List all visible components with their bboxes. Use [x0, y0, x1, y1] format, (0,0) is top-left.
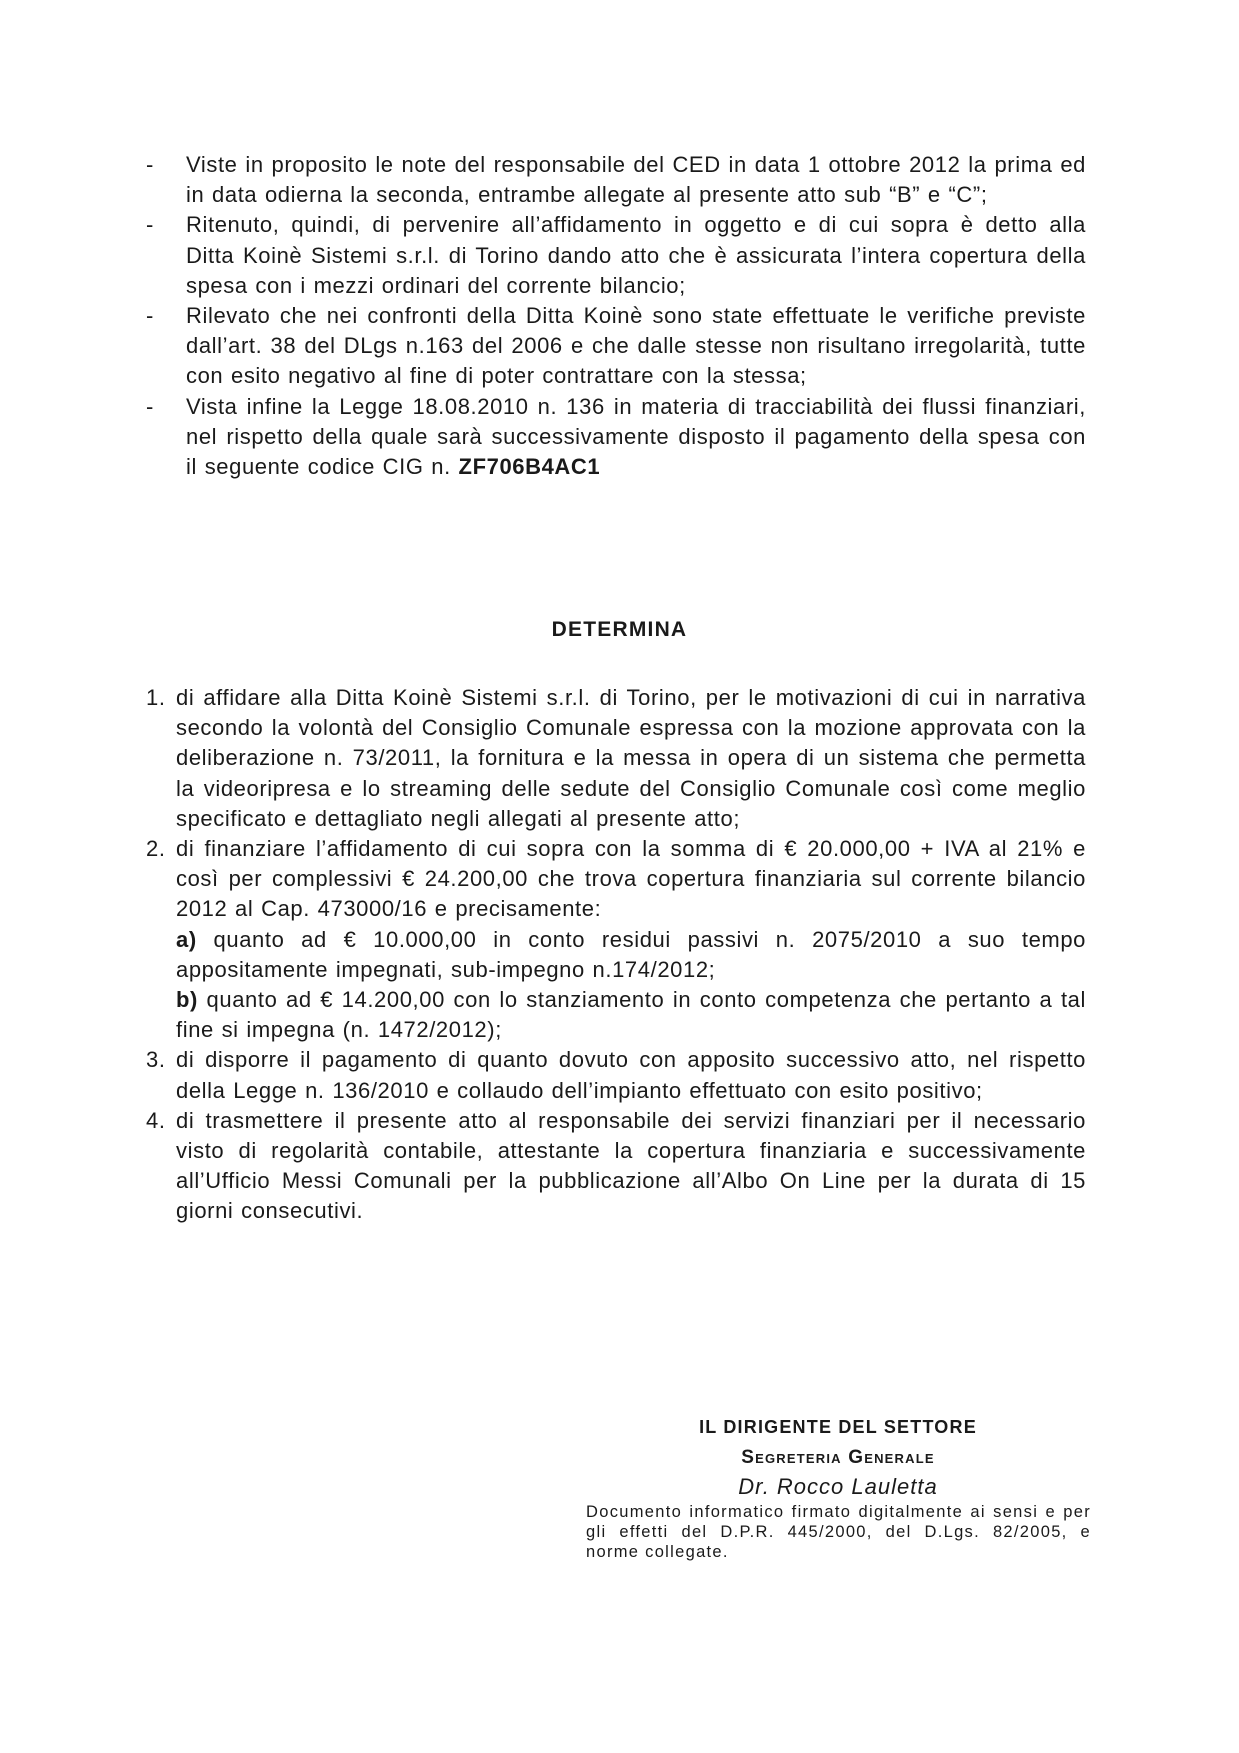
document-page: - Viste in proposito le note del respons… — [0, 0, 1239, 1753]
decision-item: 4. di trasmettere il presente atto al re… — [146, 1106, 1086, 1227]
bullet-dash: - — [146, 210, 154, 240]
decision-text: di affidare alla Ditta Koinè Sistemi s.r… — [176, 685, 1086, 831]
premise-item: - Viste in proposito le note del respons… — [146, 150, 1086, 210]
premises-list: - Viste in proposito le note del respons… — [146, 150, 1086, 482]
decision-item: 1. di affidare alla Ditta Koinè Sistemi … — [146, 683, 1086, 834]
section-heading: DETERMINA — [0, 618, 1239, 642]
sub-item-text: quanto ad € 14.200,00 con lo stanziament… — [176, 987, 1086, 1042]
decision-text: di finanziare l’affidamento di cui sopra… — [176, 836, 1086, 921]
signatory-name: Dr. Rocco Lauletta — [588, 1472, 1088, 1502]
decisions-list: 1. di affidare alla Ditta Koinè Sistemi … — [146, 683, 1086, 1227]
decision-text: di trasmettere il presente atto al respo… — [176, 1108, 1086, 1224]
decision-text: di disporre il pagamento di quanto dovut… — [176, 1047, 1086, 1102]
sub-item-label: a) — [176, 927, 197, 952]
digital-signature-note: Documento informatico firmato digitalmen… — [586, 1502, 1091, 1562]
premise-text: Viste in proposito le note del responsab… — [186, 152, 1086, 207]
decision-item: 2. di finanziare l’affidamento di cui so… — [146, 834, 1086, 1045]
item-number: 1. — [146, 683, 166, 713]
signatory-office: Segreteria Generale — [588, 1443, 1088, 1472]
premise-text: Vista infine la Legge 18.08.2010 n. 136 … — [186, 394, 1086, 479]
item-number: 3. — [146, 1045, 166, 1075]
sub-item-text: quanto ad € 10.000,00 in conto residui p… — [176, 927, 1086, 982]
premise-item: - Ritenuto, quindi, di pervenire all’aff… — [146, 210, 1086, 301]
signatory-title: IL DIRIGENTE DEL SETTORE — [588, 1412, 1088, 1443]
cig-code: ZF706B4AC1 — [459, 454, 601, 479]
premise-text: Ritenuto, quindi, di pervenire all’affid… — [186, 212, 1086, 297]
signature-block: IL DIRIGENTE DEL SETTORE Segreteria Gene… — [588, 1412, 1088, 1562]
bullet-dash: - — [146, 301, 154, 331]
bullet-dash: - — [146, 150, 154, 180]
bullet-dash: - — [146, 392, 154, 422]
premise-text: Rilevato che nei confronti della Ditta K… — [186, 303, 1086, 388]
premise-item: - Vista infine la Legge 18.08.2010 n. 13… — [146, 392, 1086, 483]
sub-item: a) quanto ad € 10.000,00 in conto residu… — [176, 925, 1086, 985]
sub-item-label: b) — [176, 987, 198, 1012]
item-number: 2. — [146, 834, 166, 864]
sub-item: b) quanto ad € 14.200,00 con lo stanziam… — [176, 985, 1086, 1045]
premise-item: - Rilevato che nei confronti della Ditta… — [146, 301, 1086, 392]
item-number: 4. — [146, 1106, 166, 1136]
decision-item: 3. di disporre il pagamento di quanto do… — [146, 1045, 1086, 1105]
